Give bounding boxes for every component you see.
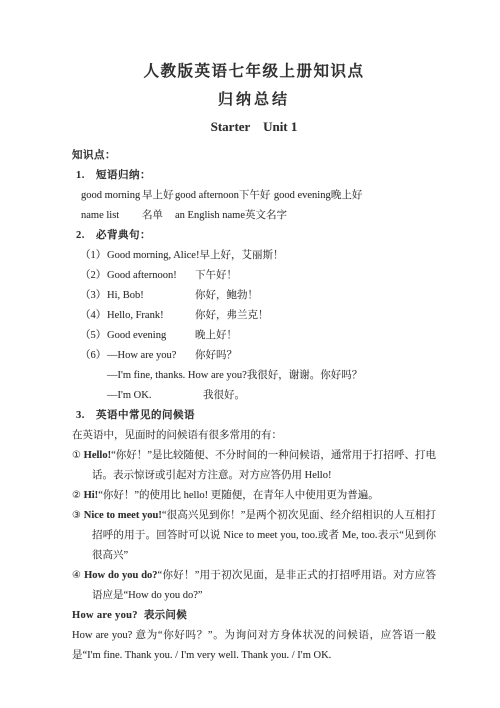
title-line-1: 人教版英语七年级上册知识点 xyxy=(72,58,436,86)
greeting-lead: Nice to meet you! xyxy=(84,510,162,521)
how-are-you-paragraph: How are you? 意为“你好吗？”。为询问对方身体状况的问候语，应答语一… xyxy=(72,626,436,666)
section3-intro: 在英语中，见面时的问候语有很多常用的有： xyxy=(72,426,436,446)
item-chinese: 你好，弗兰克！ xyxy=(195,310,269,321)
sentence-item-5: （5）Good evening晚上好！ xyxy=(72,326,436,346)
item-english: —I'm OK. xyxy=(107,386,203,406)
item-english: Hi, Bob! xyxy=(107,286,195,306)
phrase-en: good afternoon xyxy=(175,186,239,206)
item-chinese: 我很好，谢谢。你好吗？ xyxy=(247,370,363,381)
unit-heading: Starter Unit 1 xyxy=(72,114,436,140)
greeting-item-1: ① Hello!“你好！”是比较随便、不分时间的一种问候语，通常用于打招呼、打电… xyxy=(72,446,436,486)
document-page: 人教版英语七年级上册知识点 归纳总结 Starter Unit 1 知识点： 1… xyxy=(0,0,500,708)
section2-title: 必背典句： xyxy=(96,230,151,241)
circled-number-2: ② xyxy=(72,490,81,501)
section1-title: 短语归纳： xyxy=(96,170,151,181)
how-are-you-heading: How are you?表示问候 xyxy=(72,606,436,626)
sentence-item-6: （6）—How are you?你好吗？ xyxy=(72,346,436,366)
how-are-you-heading-zh: 表示问候 xyxy=(144,610,187,621)
item-chinese: 下午好！ xyxy=(195,270,237,281)
phrase-en: name list xyxy=(81,206,142,226)
item-number: （3） xyxy=(80,286,107,306)
item-chinese: 早上好，艾丽斯！ xyxy=(199,250,283,261)
item-chinese: 我很好。 xyxy=(203,390,245,401)
section1-heading: 1.短语归纳： xyxy=(72,166,436,186)
item-english: Good morning, Alice! xyxy=(107,246,199,266)
phrase-zh: 下午好 xyxy=(239,186,274,206)
greeting-item-4: ④ How do you do?“你好！”用于初次见面，是非正式的打招呼用语。对… xyxy=(72,566,436,606)
title-line-2: 归纳总结 xyxy=(72,86,436,114)
phrase-en: an English name xyxy=(175,206,245,226)
phrase-en: good evening xyxy=(274,186,331,206)
knowledge-points-label: 知识点： xyxy=(72,146,436,166)
item-number: （4） xyxy=(80,306,107,326)
greeting-item-2: ② Hi!“你好！”的使用比 hello! 更随便，在青年人中使用更为普遍。 xyxy=(72,486,436,506)
circled-number-1: ① xyxy=(72,450,81,461)
greeting-text: “你好！”的使用比 hello! 更随便，在青年人中使用更为普遍。 xyxy=(98,490,379,501)
item-english: Good evening xyxy=(107,326,195,346)
phrase-zh: 名单 xyxy=(142,206,175,226)
phrase-row-2: name list名单an English name英文名字 xyxy=(72,206,436,226)
phrase-zh: 英文名字 xyxy=(245,206,287,226)
sentence-item-3: （3）Hi, Bob!你好，鲍勃！ xyxy=(72,286,436,306)
phrase-zh: 早上好 xyxy=(142,186,175,206)
item-english: —I'm fine, thanks. How are you? xyxy=(107,366,247,386)
phrase-en: good morning xyxy=(81,186,142,206)
section3-number: 3. xyxy=(76,406,96,426)
greeting-lead: Hello! xyxy=(84,450,111,461)
how-are-you-heading-en: How are you? xyxy=(72,610,138,621)
item-chinese: 你好吗？ xyxy=(195,350,237,361)
item-number: （5） xyxy=(80,326,107,346)
section2-heading: 2.必背典句： xyxy=(72,226,436,246)
sentence-item-6-reply-2: —I'm OK.我很好。 xyxy=(72,386,436,406)
item-number: （2） xyxy=(80,266,107,286)
section2-number: 2. xyxy=(76,226,96,246)
document-title: 人教版英语七年级上册知识点 归纳总结 xyxy=(72,58,436,114)
item-english: —How are you? xyxy=(107,346,195,366)
circled-number-3: ③ xyxy=(72,510,81,521)
item-english: Hello, Frank! xyxy=(107,306,195,326)
sentence-item-2: （2）Good afternoon!下午好！ xyxy=(72,266,436,286)
greeting-lead: How do you do? xyxy=(84,570,157,581)
phrase-zh: 晚上好 xyxy=(331,186,363,206)
section1-number: 1. xyxy=(76,166,96,186)
circled-number-4: ④ xyxy=(72,570,81,581)
item-chinese: 你好，鲍勃！ xyxy=(195,290,258,301)
sentence-item-6-reply-1: —I'm fine, thanks. How are you?我很好，谢谢。你好… xyxy=(72,366,436,386)
section3-title: 英语中常见的问候语 xyxy=(96,410,195,421)
phrase-row-1: good morning早上好good afternoon下午好good eve… xyxy=(72,186,436,206)
section3-heading: 3.英语中常见的问候语 xyxy=(72,406,436,426)
item-english: Good afternoon! xyxy=(107,266,195,286)
sentence-item-4: （4）Hello, Frank!你好，弗兰克！ xyxy=(72,306,436,326)
sentence-item-1: （1）Good morning, Alice!早上好，艾丽斯！ xyxy=(72,246,436,266)
item-chinese: 晚上好！ xyxy=(195,330,237,341)
greeting-text: “你好！”是比较随便、不分时间的一种问候语，通常用于打招呼、打电话。表示惊讶或引… xyxy=(92,450,436,481)
item-number: （1） xyxy=(80,246,107,266)
greeting-lead: Hi! xyxy=(84,490,99,501)
greeting-item-3: ③ Nice to meet you!“很高兴见到你！”是两个初次见面、经介绍相… xyxy=(72,506,436,566)
item-number: （6） xyxy=(80,346,107,366)
